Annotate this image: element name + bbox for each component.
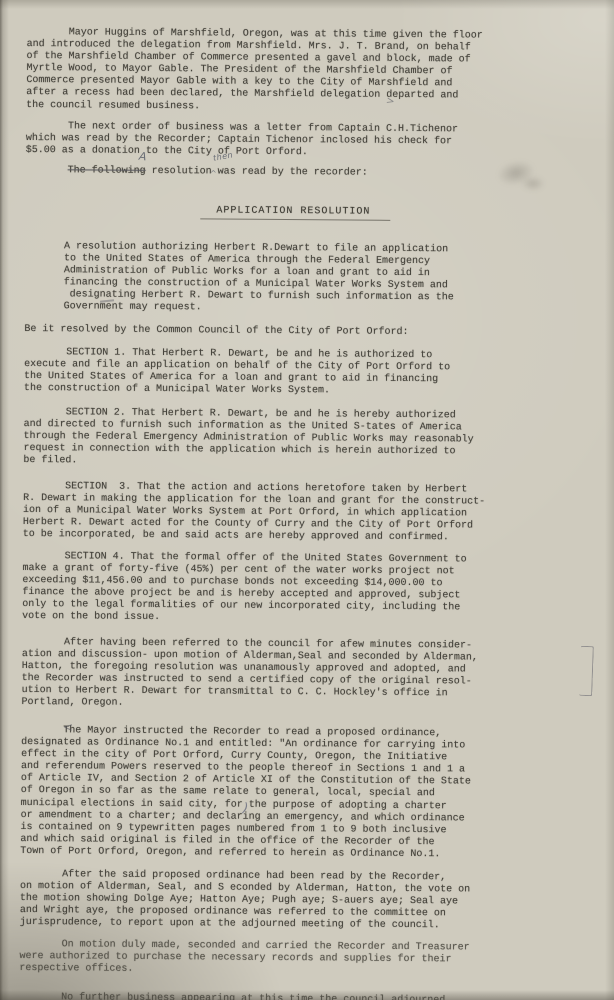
pencil-angle-mark-icon: < (63, 721, 74, 734)
resolution-section-2: SECTION 2. That Herbert R. Dewart, be an… (23, 407, 474, 471)
paragraph-marshfield-delegation: Mayor Huggins of Marshfield, Oregon, was… (26, 27, 483, 115)
resolution-section-1: SECTION 1. That Herbert R. Dewart, be an… (24, 347, 450, 399)
heading-underline (200, 218, 390, 221)
handwritten-insert-a: A (138, 151, 147, 163)
edit-middle-text: resolution was (146, 166, 236, 178)
edited-sentence: The following resolution was read by the… (26, 165, 368, 180)
typed-text-layer: Mayor Huggins of Marshfield, Oregon, was… (0, 0, 614, 1000)
paragraph-records-supplies: On motion duly made, seconded and carrie… (19, 939, 469, 979)
be-it-resolved-line: Be it resolved by the Common Council of … (24, 324, 408, 339)
handwritten-caret-icon: ^ (210, 170, 217, 178)
section-heading: APPLICATION RESOLUTION (216, 205, 370, 218)
paragraph-tichenor-letter: The next order of business was a letter … (26, 121, 458, 161)
edit-rest-text: read by the recorder: (236, 167, 368, 179)
strikethrough-text: The following (68, 165, 146, 177)
edit-indent (26, 165, 68, 176)
paragraph-resolution-adopted: After having been referred to the counci… (21, 637, 478, 713)
pencil-margin-bracket-icon (579, 646, 594, 696)
paragraph-ordinance-vote: After the said proposed ordinance had be… (20, 869, 471, 933)
resolution-section-4: SECTION 4. That the formal offer of the … (22, 551, 467, 627)
ink-smudge (521, 176, 545, 191)
paragraph-adjournment-partial: No further business appearing at this ti… (19, 992, 445, 1000)
paragraph-ordinance-no1: The Mayor instructed the Recorder to rea… (20, 725, 471, 862)
resolution-section-3: SECTION 3. That the action and actions h… (23, 481, 486, 545)
resolution-preamble: A resolution authorizing Herbert R.Dewar… (64, 241, 455, 317)
document-page: Mayor Huggins of Marshfield, Oregon, was… (0, 0, 614, 1000)
